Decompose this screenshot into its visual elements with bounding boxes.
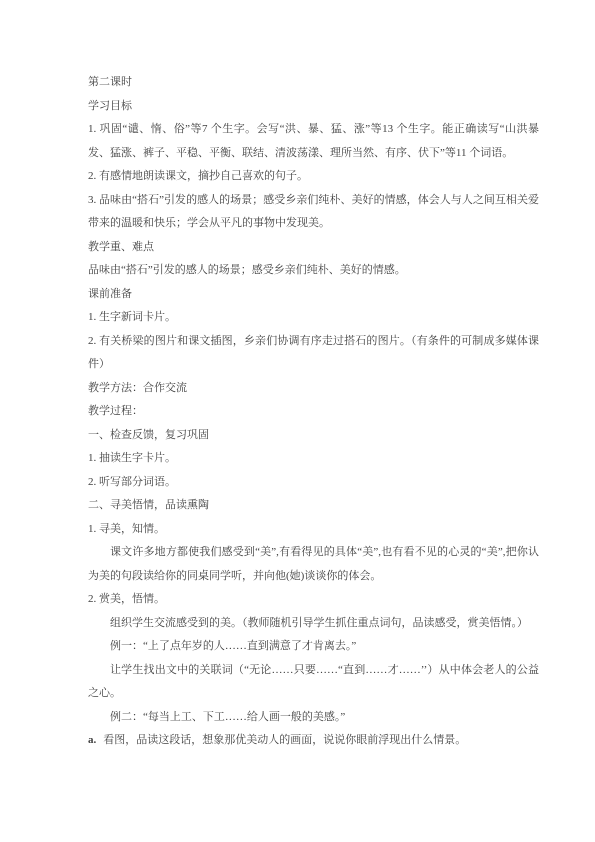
para-example-1: 例一：“上了点年岁的人……直到满意了才肯离去。” (88, 635, 539, 659)
para-teaching-method: 教学方法：合作交流 (88, 377, 539, 401)
section-heading-preparation: 课前准备 (88, 283, 539, 307)
para-step-1-heading: 一、检查反馈，复习巩固 (88, 424, 539, 448)
section-heading-key-points: 教学重、难点 (88, 236, 539, 260)
section-heading-learning-goals: 学习目标 (88, 95, 539, 119)
document-page: 第二课时 学习目标 1. 巩固“谴、惰、俗”等7 个生字。会写“洪、暴、猛、涨”… (0, 0, 595, 842)
para-goal-1: 1. 巩固“谴、惰、俗”等7 个生字。会写“洪、暴、猛、涨”等13 个生字。能正… (88, 118, 539, 165)
para-step-2-item-2-detail: 组织学生交流感受到的美。（教师随机引导学生抓住重点词句，品读感受，赏美悟情。） (88, 612, 539, 636)
para-goal-3: 3. 品味由“搭石”引发的感人的场景；感受乡亲们纯朴、美好的情感，体会人与人之间… (88, 189, 539, 236)
para-step-2-item-1-detail: 课文许多地方都使我们感受到“美”,有看得见的具体“美”,也有看不见的心灵的“美”… (88, 541, 539, 588)
para-key-points: 品味由“搭石”引发的感人的场景；感受乡亲们纯朴、美好的情感。 (88, 259, 539, 283)
para-example-2-task-a-text: 看图，品读这段话，想象那优美动人的画面，说说你眼前浮现出什么情景。 (103, 734, 466, 746)
para-step-2-heading: 二、寻美悟情，品读熏陶 (88, 494, 539, 518)
para-teaching-process: 教学过程： (88, 400, 539, 424)
para-step-1-item-2: 2. 听写部分词语。 (88, 471, 539, 495)
para-step-1-item-1: 1. 抽读生字卡片。 (88, 447, 539, 471)
para-goal-2: 2. 有感情地朗读课文，摘抄自己喜欢的句子。 (88, 165, 539, 189)
page-title: 第二课时 (88, 71, 539, 95)
para-example-2: 例二：“每当上工、下工……给人画一般的美感。” (88, 706, 539, 730)
para-step-2-item-1: 1. 寻美，知情。 (88, 518, 539, 542)
para-example-1-detail: 让学生找出文中的关联词（“无论……只要……“直到……才……’’）从中体会老人的公… (88, 659, 539, 706)
para-preparation-2: 2. 有关桥梁的图片和课文插图，乡亲们协调有序走过搭石的图片。（有条件的可制成多… (88, 330, 539, 377)
list-marker-a: a. (88, 734, 96, 746)
para-preparation-1: 1. 生字新词卡片。 (88, 306, 539, 330)
para-example-2-task-a: a.看图，品读这段话，想象那优美动人的画面，说说你眼前浮现出什么情景。 (88, 729, 539, 753)
para-step-2-item-2: 2. 赏美，悟情。 (88, 588, 539, 612)
